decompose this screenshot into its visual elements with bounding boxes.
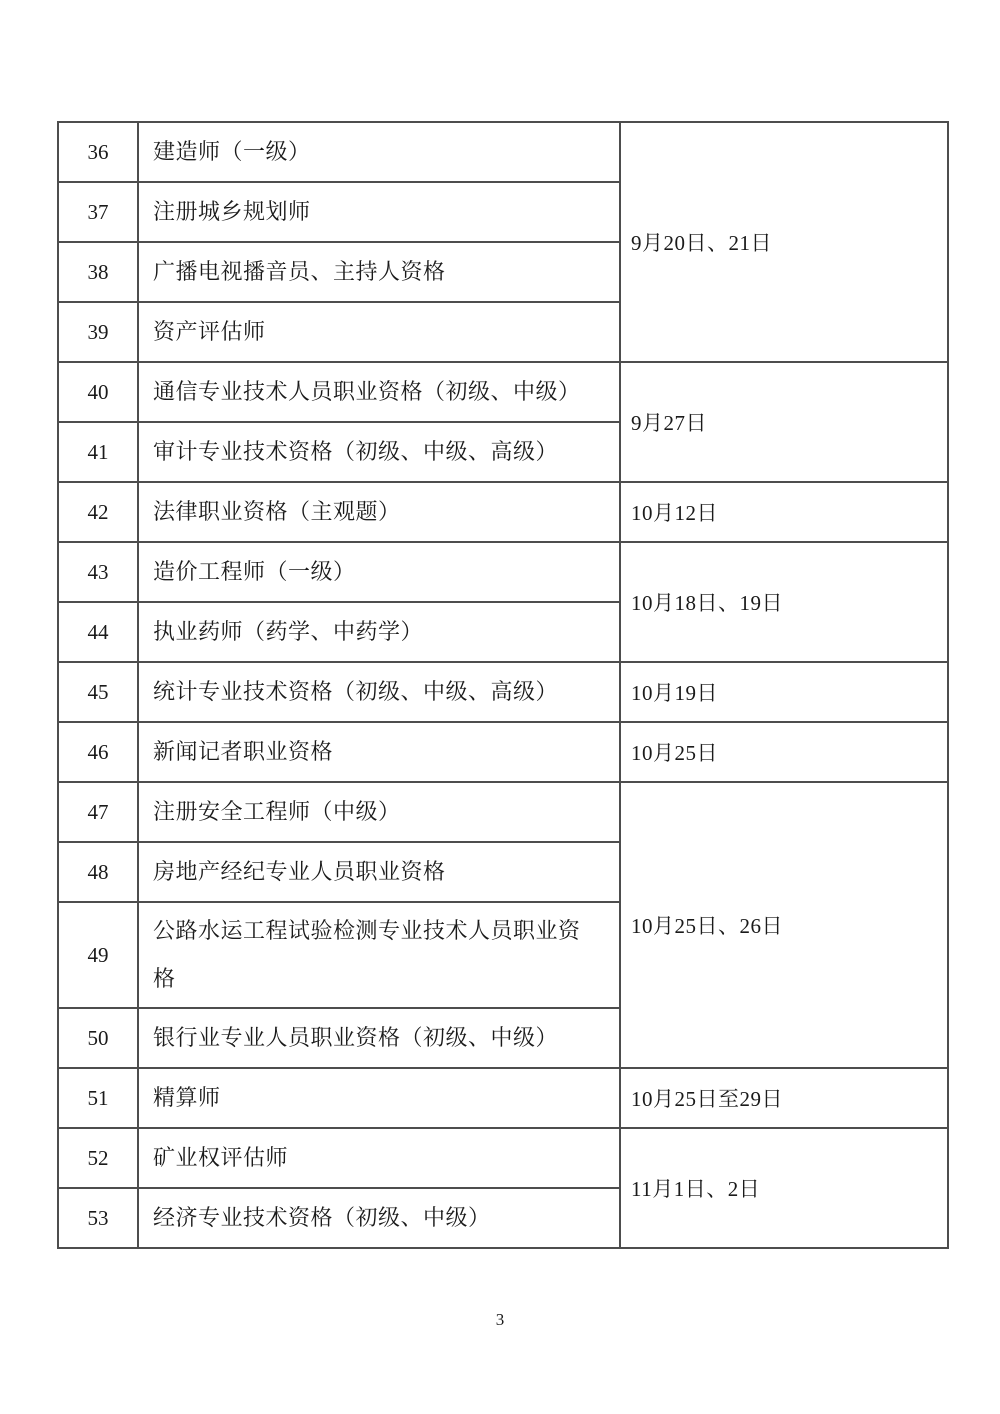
table-row: 47注册安全工程师（中级）10月25日、26日: [58, 782, 948, 842]
exam-number-cell: 43: [58, 542, 138, 602]
table-row: 51精算师10月25日至29日: [58, 1068, 948, 1128]
table-row: 45统计专业技术资格（初级、中级、高级）10月19日: [58, 662, 948, 722]
exam-name-cell: 建造师（一级）: [138, 122, 620, 182]
exam-name-cell: 注册城乡规划师: [138, 182, 620, 242]
exam-date-cell: 10月25日至29日: [620, 1068, 948, 1128]
table-row: 42法律职业资格（主观题）10月12日: [58, 482, 948, 542]
exam-number-cell: 45: [58, 662, 138, 722]
exam-number-cell: 53: [58, 1188, 138, 1248]
exam-name-cell: 广播电视播音员、主持人资格: [138, 242, 620, 302]
table-body: 36建造师（一级）9月20日、21日37注册城乡规划师38广播电视播音员、主持人…: [58, 122, 948, 1248]
exam-schedule-table: 36建造师（一级）9月20日、21日37注册城乡规划师38广播电视播音员、主持人…: [57, 121, 949, 1249]
exam-date-cell: 10月25日、26日: [620, 782, 948, 1068]
exam-number-cell: 38: [58, 242, 138, 302]
exam-name-cell: 统计专业技术资格（初级、中级、高级）: [138, 662, 620, 722]
exam-number-cell: 44: [58, 602, 138, 662]
exam-date-cell: 10月25日: [620, 722, 948, 782]
exam-name-cell: 法律职业资格（主观题）: [138, 482, 620, 542]
page-number: 3: [0, 1310, 1000, 1330]
table-row: 40通信专业技术人员职业资格（初级、中级）9月27日: [58, 362, 948, 422]
exam-number-cell: 48: [58, 842, 138, 902]
exam-date-cell: 10月12日: [620, 482, 948, 542]
exam-date-cell: 9月27日: [620, 362, 948, 482]
exam-number-cell: 36: [58, 122, 138, 182]
exam-name-cell: 资产评估师: [138, 302, 620, 362]
exam-name-cell: 通信专业技术人员职业资格（初级、中级）: [138, 362, 620, 422]
exam-number-cell: 40: [58, 362, 138, 422]
exam-number-cell: 52: [58, 1128, 138, 1188]
exam-name-cell: 房地产经纪专业人员职业资格: [138, 842, 620, 902]
exam-name-cell: 精算师: [138, 1068, 620, 1128]
exam-date-cell: 10月18日、19日: [620, 542, 948, 662]
exam-name-cell: 执业药师（药学、中药学）: [138, 602, 620, 662]
exam-name-cell: 公路水运工程试验检测专业技术人员职业资格: [138, 902, 620, 1008]
table-row: 43造价工程师（一级）10月18日、19日: [58, 542, 948, 602]
exam-name-cell: 矿业权评估师: [138, 1128, 620, 1188]
exam-number-cell: 41: [58, 422, 138, 482]
table-row: 52矿业权评估师11月1日、2日: [58, 1128, 948, 1188]
exam-number-cell: 39: [58, 302, 138, 362]
exam-number-cell: 46: [58, 722, 138, 782]
exam-date-cell: 11月1日、2日: [620, 1128, 948, 1248]
document-page: 36建造师（一级）9月20日、21日37注册城乡规划师38广播电视播音员、主持人…: [0, 0, 1000, 1414]
exam-name-cell: 新闻记者职业资格: [138, 722, 620, 782]
exam-name-cell: 造价工程师（一级）: [138, 542, 620, 602]
table-row: 46新闻记者职业资格10月25日: [58, 722, 948, 782]
exam-number-cell: 49: [58, 902, 138, 1008]
exam-date-cell: 9月20日、21日: [620, 122, 948, 362]
exam-name-cell: 审计专业技术资格（初级、中级、高级）: [138, 422, 620, 482]
exam-name-cell: 注册安全工程师（中级）: [138, 782, 620, 842]
exam-number-cell: 50: [58, 1008, 138, 1068]
exam-name-cell: 银行业专业人员职业资格（初级、中级）: [138, 1008, 620, 1068]
exam-number-cell: 37: [58, 182, 138, 242]
exam-date-cell: 10月19日: [620, 662, 948, 722]
exam-number-cell: 42: [58, 482, 138, 542]
exam-number-cell: 51: [58, 1068, 138, 1128]
table-row: 36建造师（一级）9月20日、21日: [58, 122, 948, 182]
exam-name-cell: 经济专业技术资格（初级、中级）: [138, 1188, 620, 1248]
exam-number-cell: 47: [58, 782, 138, 842]
